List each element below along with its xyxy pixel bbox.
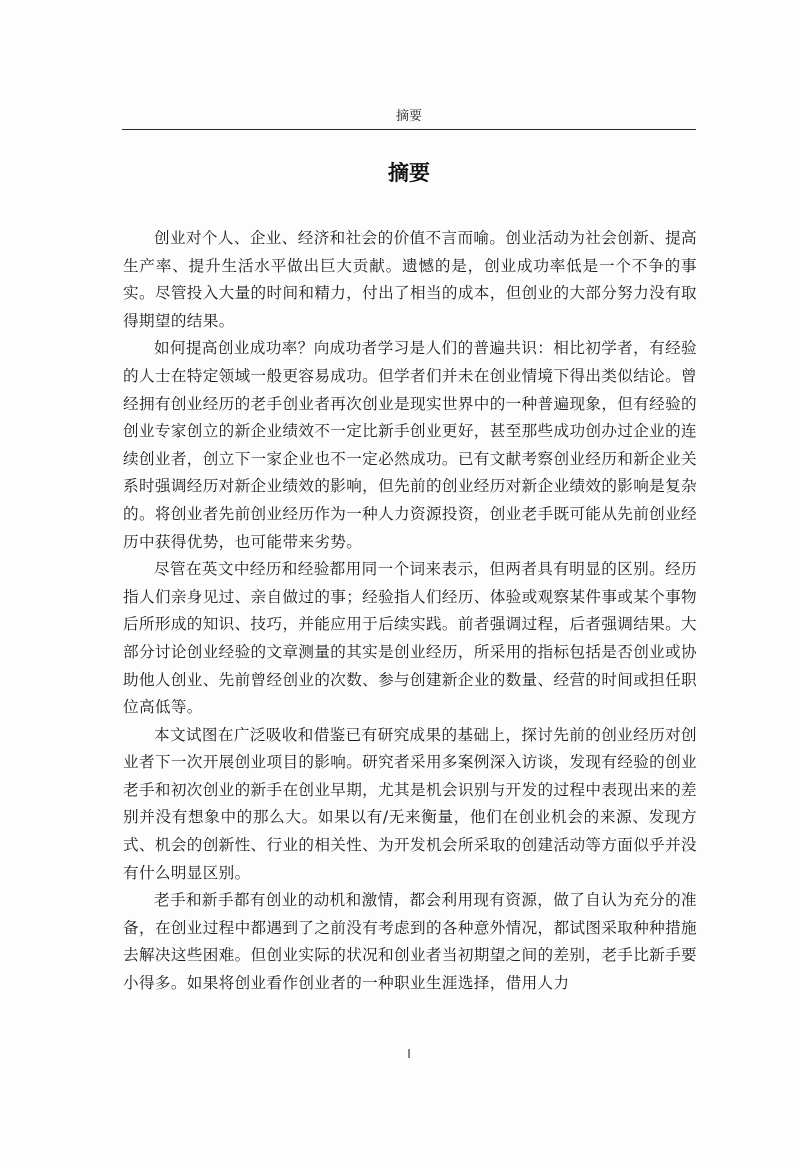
page-title: 摘要 xyxy=(122,158,696,188)
document-page: 摘要 摘要 创业对个人、企业、经济和社会的价值不言而喻。创业活动为社会创新、提高… xyxy=(0,0,800,1168)
running-header: 摘要 xyxy=(122,108,696,126)
abstract-paragraph: 本文试图在广泛吸收和借鉴已有研究成果的基础上，探讨先前的创业经历对创业者下一次开… xyxy=(123,722,697,888)
page-number: I xyxy=(122,1046,696,1062)
abstract-paragraph: 老手和新手都有创业的动机和激情，都会利用现有资源，做了自认为充分的准备，在创业过… xyxy=(123,887,697,997)
header-rule xyxy=(122,129,696,130)
abstract-paragraph: 尽管在英文中经历和经验都用同一个词来表示，但两者具有明显的区别。经历指人们亲身见… xyxy=(123,556,697,722)
abstract-body: 创业对个人、企业、经济和社会的价值不言而喻。创业活动为社会创新、提高生产率、提升… xyxy=(123,225,697,998)
abstract-paragraph: 如何提高创业成功率？向成功者学习是人们的普遍共识：相比初学者，有经验的人士在特定… xyxy=(123,335,697,556)
abstract-paragraph: 创业对个人、企业、经济和社会的价值不言而喻。创业活动为社会创新、提高生产率、提升… xyxy=(123,225,697,335)
